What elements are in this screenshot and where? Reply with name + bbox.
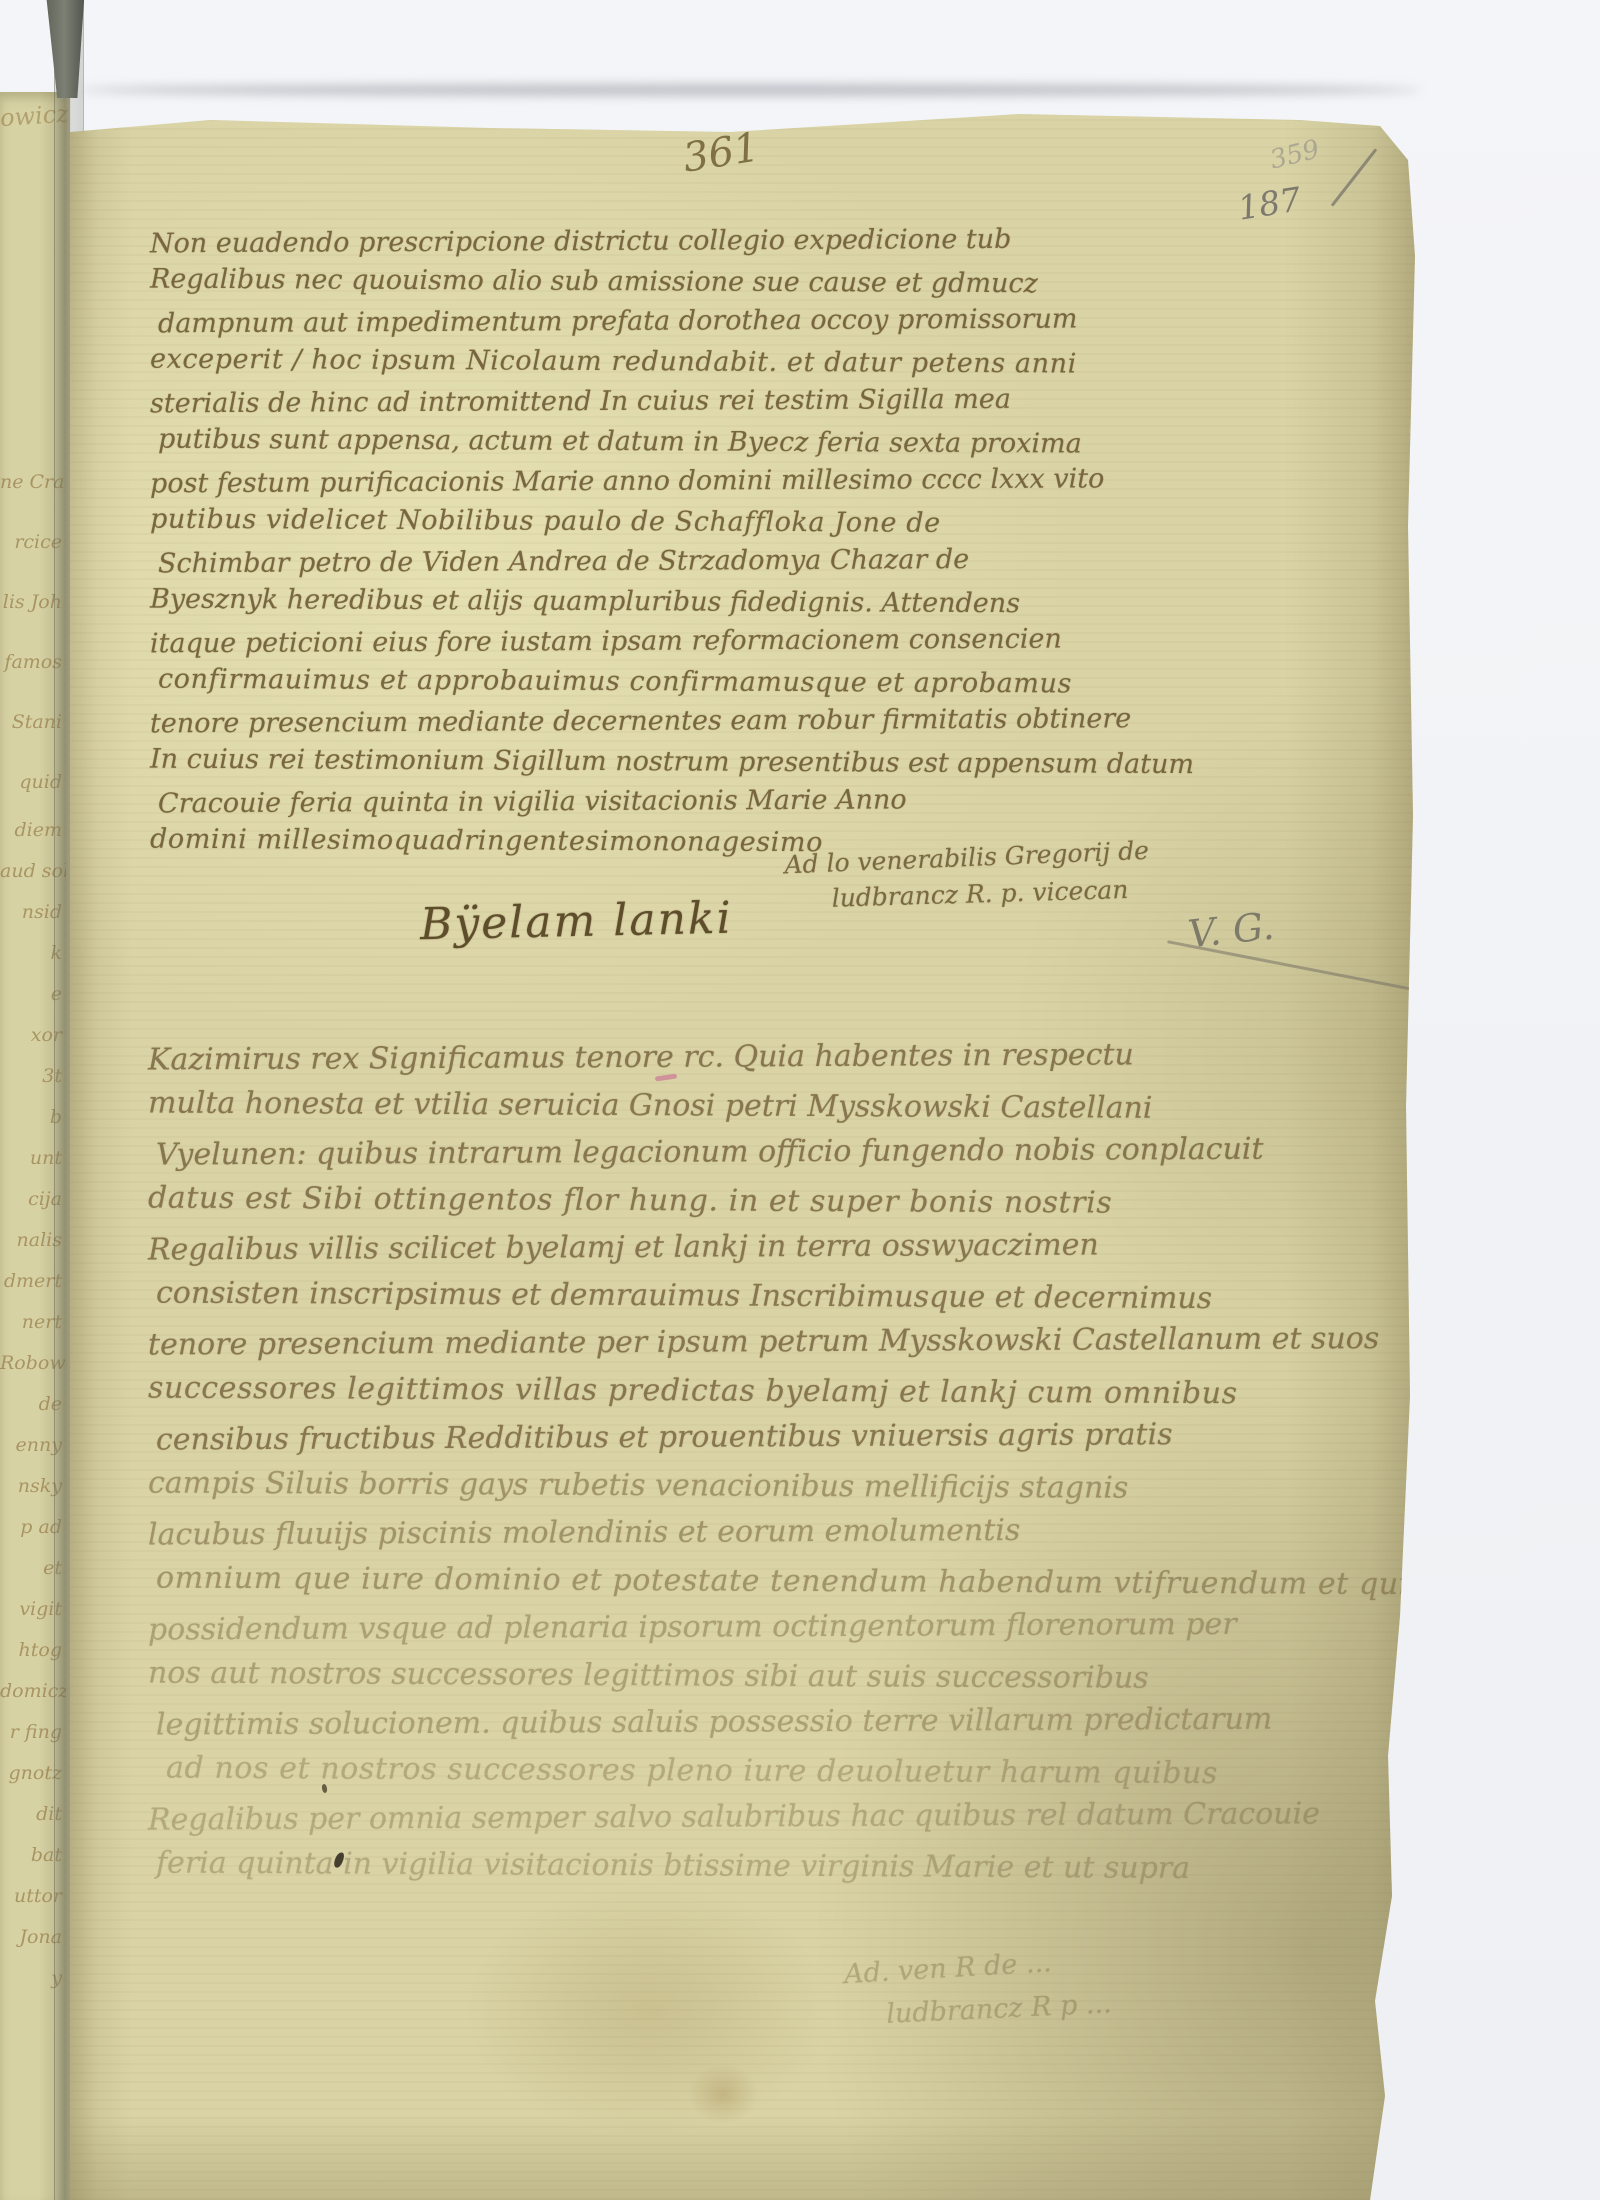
manuscript-text-line: Non euadendo prescripcione districtu col… [150, 220, 1050, 265]
folio-number-pencil: 187 [1235, 179, 1303, 227]
folio-number-ink: 361 [680, 124, 763, 181]
manuscript-text-line: dampnum aut impedimentum prefata dorothe… [158, 300, 1050, 345]
document-2-relacio-note-faint: Ad. ven R de ... ludbrancz R p ... [843, 1930, 1267, 2040]
manuscript-text-line: ad nos et nostros successores pleno iure… [166, 1744, 1108, 1796]
manuscript-text-line: confirmauimus et approbauimus confirmamu… [158, 660, 1050, 705]
entry-heading: Bÿelam lanki [420, 893, 734, 951]
manuscript-text-line: nos aut nostros successores legittimos s… [148, 1649, 1108, 1702]
document-2-text-block: Kazimirus rex Significamus tenore rc. Qu… [148, 1034, 1108, 1889]
document-1-text-block: Non euadendo prescripcione districtu col… [150, 222, 1050, 862]
manuscript-text-line: multa honesta et vtilia seruicia Gnosi p… [148, 1079, 1108, 1132]
manuscript-text-line: Byesznyk heredibus et alijs quampluribus… [150, 580, 1050, 625]
manuscript-text-line: feria quinta in vigilia visitacionis bti… [156, 1839, 1108, 1891]
folio-number-pencil-faint: 359 [1267, 134, 1322, 175]
manuscript-text-line: In cuius rei testimonium Sigillum nostru… [150, 740, 1050, 785]
manuscript-text-line: Regalibus villis scilicet byelamj et lan… [148, 1221, 1108, 1274]
manuscript-text-line: tenore presencium mediante per ipsum pet… [148, 1316, 1108, 1369]
manuscript-text-line: exceperit / hoc ipsum Nicolaum redundabi… [150, 340, 1050, 385]
manuscript-text-line: itaque peticioni eius fore iustam ipsam … [150, 620, 1050, 665]
manuscript-text-line: Vyelunen: quibus intrarum legacionum off… [156, 1127, 1108, 1179]
manuscript-text-line: tenore presencium mediante decernentes e… [150, 700, 1050, 745]
archivist-initials: V. G. [1186, 904, 1276, 957]
manuscript-text-line: possidendum vsque ad plenaria ipsorum oc… [148, 1601, 1108, 1654]
manuscript-text-line: Cracouie feria quinta in vigilia visitac… [158, 780, 1050, 825]
manuscript-text-line: successores legittimos villas predictas … [148, 1364, 1108, 1417]
paper-stain [688, 2064, 758, 2124]
manuscript-text-line: omnium que iure dominio et potestate ten… [156, 1554, 1108, 1606]
document-1-relacio-note: Ad lo venerabilis Gregorij de ludbrancz … [784, 831, 1206, 920]
manuscript-text-line: putibus sunt appensa, actum et datum in … [158, 420, 1050, 465]
manuscript-text-line: legittimis solucionem. quibus saluis pos… [156, 1697, 1108, 1749]
manuscript-page: 361 359 187 Non euadendo prescripcione d… [70, 96, 1415, 2200]
manuscript-scan: owicz ne Crarcicelis JohfamosStaniquid d… [0, 0, 1600, 2200]
manuscript-text-line: Kazimirus rex Significamus tenore rc. Qu… [148, 1031, 1108, 1084]
manuscript-text-line: putibus videlicet Nobilibus paulo de Sch… [150, 500, 1050, 545]
page-top-shadow [80, 84, 1420, 96]
manuscript-text-line: campis Siluis borris gays rubetis venaci… [148, 1459, 1108, 1512]
manuscript-text-line: consisten inscripsimus et demrauimus Ins… [156, 1269, 1108, 1321]
pencil-underline-stroke [1331, 148, 1378, 207]
manuscript-text-line: censibus fructibus Redditibus et prouent… [156, 1412, 1108, 1464]
manuscript-text-line: Regalibus nec quouismo alio sub amission… [150, 260, 1050, 305]
manuscript-text-line: lacubus fluuijs piscinis molendinis et e… [148, 1506, 1108, 1559]
manuscript-text-line: Regalibus per omnia semper salvo salubri… [148, 1791, 1108, 1844]
manuscript-text-line: sterialis de hinc ad intromittend In cui… [150, 380, 1050, 425]
manuscript-text-line: datus est Sibi ottingentos flor hung. in… [148, 1174, 1108, 1227]
manuscript-text-line: post festum purificacionis Marie anno do… [150, 460, 1050, 505]
manuscript-text-line: Schimbar petro de Viden Andrea de Strzad… [158, 540, 1050, 585]
